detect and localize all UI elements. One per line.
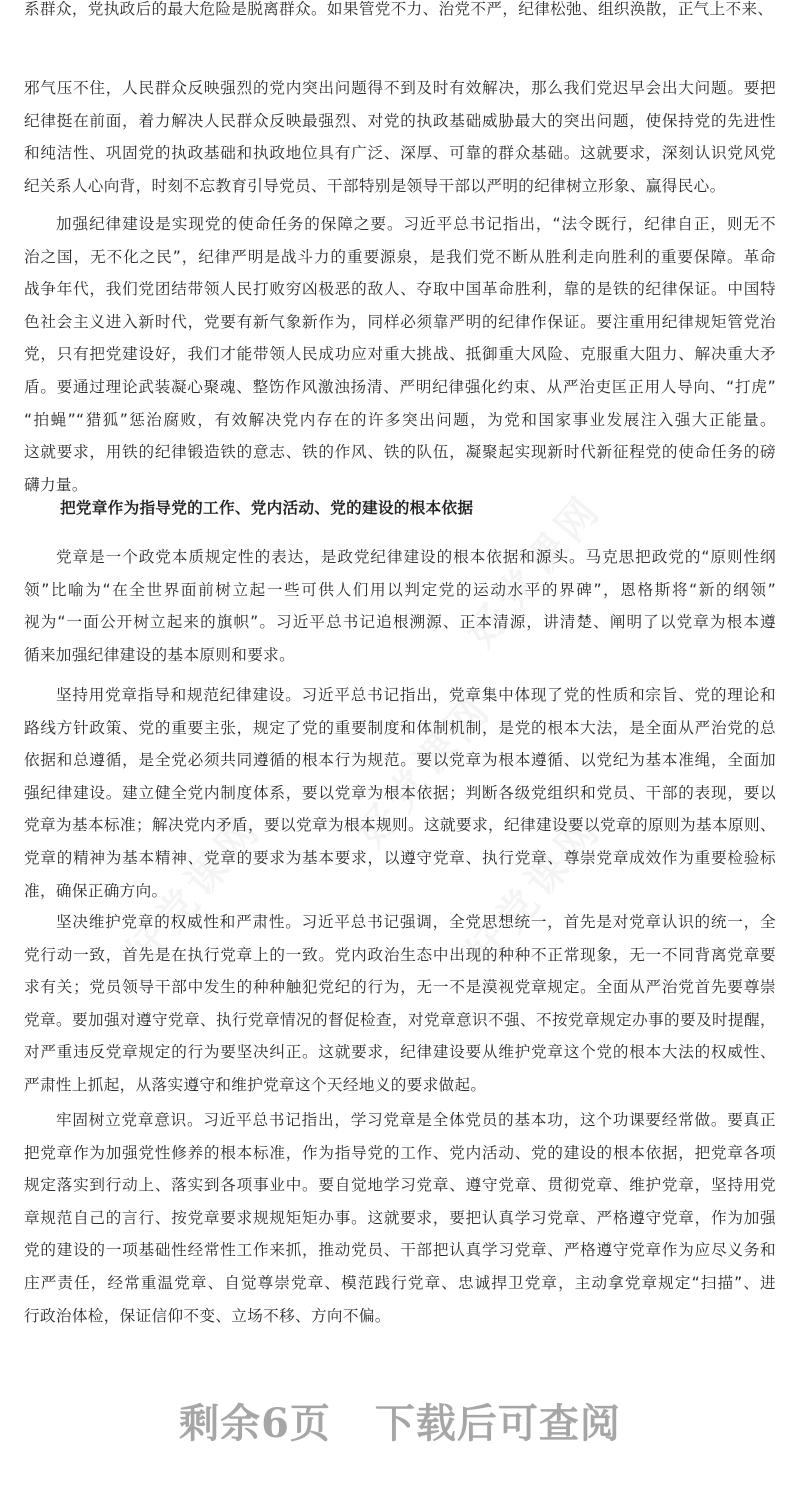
paragraph-line: 党章的精神为基本精神、党章的要求为基本要求，以遵守党章、执行党章、尊崇党章成效作… [24, 842, 776, 874]
paragraph-line: 加强纪律建设是实现党的使命任务的保障之要。习近平总书记指出，“法令既行，纪律自正… [56, 208, 776, 240]
paragraph-line: 把党章作为加强党性修养的根本标准，作为指导党的工作、党内活动、党的建设的根本依据… [24, 1137, 776, 1169]
paragraph-line: 纪关系人心向背，时刻不忘教育引导党员、干部特别是领导干部以严明的纪律树立形象、赢… [24, 170, 776, 202]
paragraph-line: 视为“一面公开树立起来的旗帜”。习近平总书记追根溯源、正本清源，讲清楚、阐明了以… [24, 606, 776, 638]
paragraph-line: 规定落实到行动上、落实到各项事业中。要自觉地学习党章、遵守党章、贯彻党章、维护党… [24, 1169, 776, 1201]
paragraph-line: 庄严责任，经常重温党章、自觉尊崇党章、模范践行党章、忠诚捍卫党章，主动拿党章规定… [24, 1267, 776, 1299]
paragraph-line: 邪气压不住，人民群众反映强烈的党内突出问题得不到及时有效解决，那么我们党迟早会出… [24, 72, 776, 104]
section-heading: 把党章作为指导党的工作、党内活动、党的建设的根本依据 [60, 494, 473, 522]
paragraph-line: 战争年代，我们党团结带领人民打败穷凶极恶的敌人、夺取中国革命胜利，靠的是铁的纪律… [24, 273, 776, 305]
download-to-view-label: 下载后可查阅 [375, 1392, 621, 1449]
paragraph-line: 章规范自己的言行、按党章要求规规矩矩办事。这就要求，要把认真学习党章、严格遵守党… [24, 1202, 776, 1234]
paragraph-line: 循来加强纪律建设的基本原则和要求。 [24, 639, 776, 671]
paragraph-line: 行政治体检，保证信仰不变、立场不移、方向不偏。 [24, 1300, 776, 1332]
paragraph-line: 坚决维护党章的权威性和严肃性。习近平总书记强调，全党思想统一，首先是对党章认识的… [56, 906, 776, 938]
paragraph-line: 求有关；党员领导干部中发生的种种触犯党纪的行为，无一不是漠视党章规定。全面从严治… [24, 971, 776, 1003]
paragraph-line: 路线方针政策、党的重要主张，规定了党的重要制度和体制机制，是党的根本大法，是全面… [24, 712, 776, 744]
paragraph-line: 党章是一个政党本质规定性的表达，是政党纪律建设的根本依据和源头。马克思把政党的“… [56, 541, 776, 573]
paragraph-line: 强纪律建设。建立健全党内制度体系，要以党章为根本依据；判断各级党组织和党员、干部… [24, 777, 776, 809]
paragraph-line: 盾。要通过理论武装凝心聚魂、整饬作风激浊扬清、严明纪律强化约束、从严治吏匡正用人… [24, 371, 776, 403]
remaining-pages-label: 剩余6页 [179, 1392, 331, 1449]
paragraph-line: 严肃性上抓起，从落实遵守和维护党章这个天经地义的要求做起。 [24, 1069, 776, 1101]
paragraph-line: 党章为基本标准；解决党内矛盾，要以党章为根本规则。这就要求，纪律建设要以党章的原… [24, 809, 776, 841]
document-page: 好党课网 好党课网 好党课网 好党课网 好党课网 系群众，党执政后的最大危险是脱… [0, 0, 800, 1495]
paragraph-line: 领”比喻为“在全世界面前树立起一些可供人们用以判定党的运动水平的界碑”，恩格斯将… [24, 574, 776, 606]
paragraph-line: 色社会主义进入新时代，党要有新气象新作为，同样必须靠严明的纪律作保证。要注重用纪… [24, 306, 776, 338]
paragraph-line: 这就要求，用铁的纪律锻造铁的意志、铁的作风、铁的队伍，凝聚起实现新时代新征程党的… [24, 436, 776, 468]
paragraph-line: 党的建设的一项基础性经常性工作来抓，推动党员、干部把认真学习党章、严格遵守党章作… [24, 1234, 776, 1266]
paragraph-line: 坚持用党章指导和规范纪律建设。习近平总书记指出，党章集中体现了党的性质和宗旨、党… [56, 679, 776, 711]
paragraph-line: “拍蝇”“猎狐”惩治腐败，有效解决党内存在的许多突出问题，为党和国家事业发展注入… [24, 404, 776, 436]
paragraph-line: 党，只有把党建设好，我们才能带领人民成功应对重大挑战、抵御重大风险、克服重大阻力… [24, 338, 776, 370]
paragraph-line: 党章。要加强对遵守党章、执行党章情况的督促检查，对党章意识不强、不按党章规定办事… [24, 1004, 776, 1036]
paragraph-line: 和纯洁性、巩固党的执政基础和执政地位具有广泛、深厚、可靠的群众基础。这就要求，深… [24, 137, 776, 169]
paragraph-line: 准，确保正确方向。 [24, 875, 776, 907]
paragraph-line: 对严重违反党章规定的行为要坚决纠正。这就要求，纪律建设要从维护党章这个党的根本大… [24, 1036, 776, 1068]
paragraph-line: 治之国，无不化之民”，纪律严明是战斗力的重要源泉，是我们党不断从胜利走向胜利的重… [24, 241, 776, 273]
paragraph-line: 牢固树立党章意识。习近平总书记指出，学习党章是全体党员的基本功，这个功课要经常做… [56, 1104, 776, 1136]
download-prompt[interactable]: 剩余6页下载后可查阅 [0, 1392, 800, 1449]
paragraph-line: 党行动一致，首先是在执行党章上的一致。党内政治生态中出现的种种不正常现象，无一不… [24, 939, 776, 971]
continuation-line: 系群众，党执政后的最大危险是脱离群众。如果管党不力、治党不严，纪律松弛、组织涣散… [24, 0, 776, 25]
paragraph-line: 纪律挺在前面，着力解决人民群众反映最强烈、对党的执政基础威胁最大的突出问题，使保… [24, 105, 776, 137]
paragraph-line: 依据和总遵循，是全党必须共同遵循的根本行为规范。要以党章为根本遵循、以党纪为基本… [24, 744, 776, 776]
